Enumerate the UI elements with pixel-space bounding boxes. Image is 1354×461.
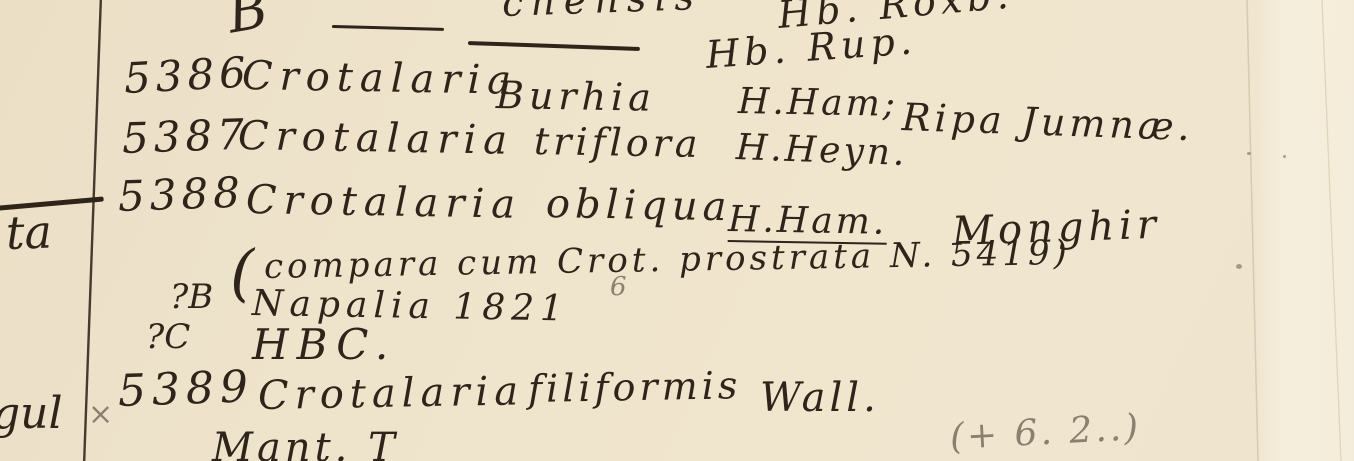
species-name: Burhia (496, 76, 656, 117)
genus-name: Crotalaria (242, 56, 519, 101)
entry-number: 5386 (123, 51, 252, 100)
citation-fragment: Mant. T (212, 428, 399, 461)
subentry-label: ?C (146, 320, 190, 354)
locality-note: Ripa Jumnæ. (901, 98, 1194, 146)
species-name: filiformis (528, 366, 742, 408)
margin-cross-mark: × (88, 400, 113, 430)
pencil-annotation: (+ 6. 2..) (949, 410, 1142, 456)
subentry-text: HBC. (252, 324, 396, 366)
genus-name: Crotalaria (238, 116, 515, 161)
manuscript-page: ta gul B chensis Hb. Roxb. Hb. Rup. 5386… (0, 0, 1354, 461)
margin-text-fragment: ta (5, 208, 52, 256)
author-abbreviation: H.Ham; (738, 84, 899, 123)
paper-speck (1283, 155, 1286, 158)
paper-speck (1236, 264, 1242, 269)
genus-name: Crotalaria (258, 371, 525, 416)
species-name: obliqua (546, 184, 732, 227)
margin-text-fragment: gul (0, 392, 63, 436)
page-edge-crease-2 (1322, 0, 1341, 461)
author-abbreviation: Wall. (760, 378, 880, 418)
comparison-note-bracket: ( (230, 242, 254, 304)
pencil-mark: 6 (610, 274, 627, 300)
entry-number: 5389 (117, 365, 254, 414)
subentry-label: ?B (170, 280, 213, 314)
paper-speck (1247, 152, 1251, 155)
author-abbreviation: H.Heyn. (735, 130, 908, 172)
column-rule-line (84, 0, 101, 461)
page-edge-crease (1247, 0, 1258, 461)
entry-number: 5388 (117, 172, 245, 218)
species-name: triflora (534, 122, 702, 163)
entry-number: 5387 (121, 114, 249, 160)
header-species-fragment: chensis (501, 0, 702, 22)
genus-name: Crotalaria (246, 180, 523, 225)
